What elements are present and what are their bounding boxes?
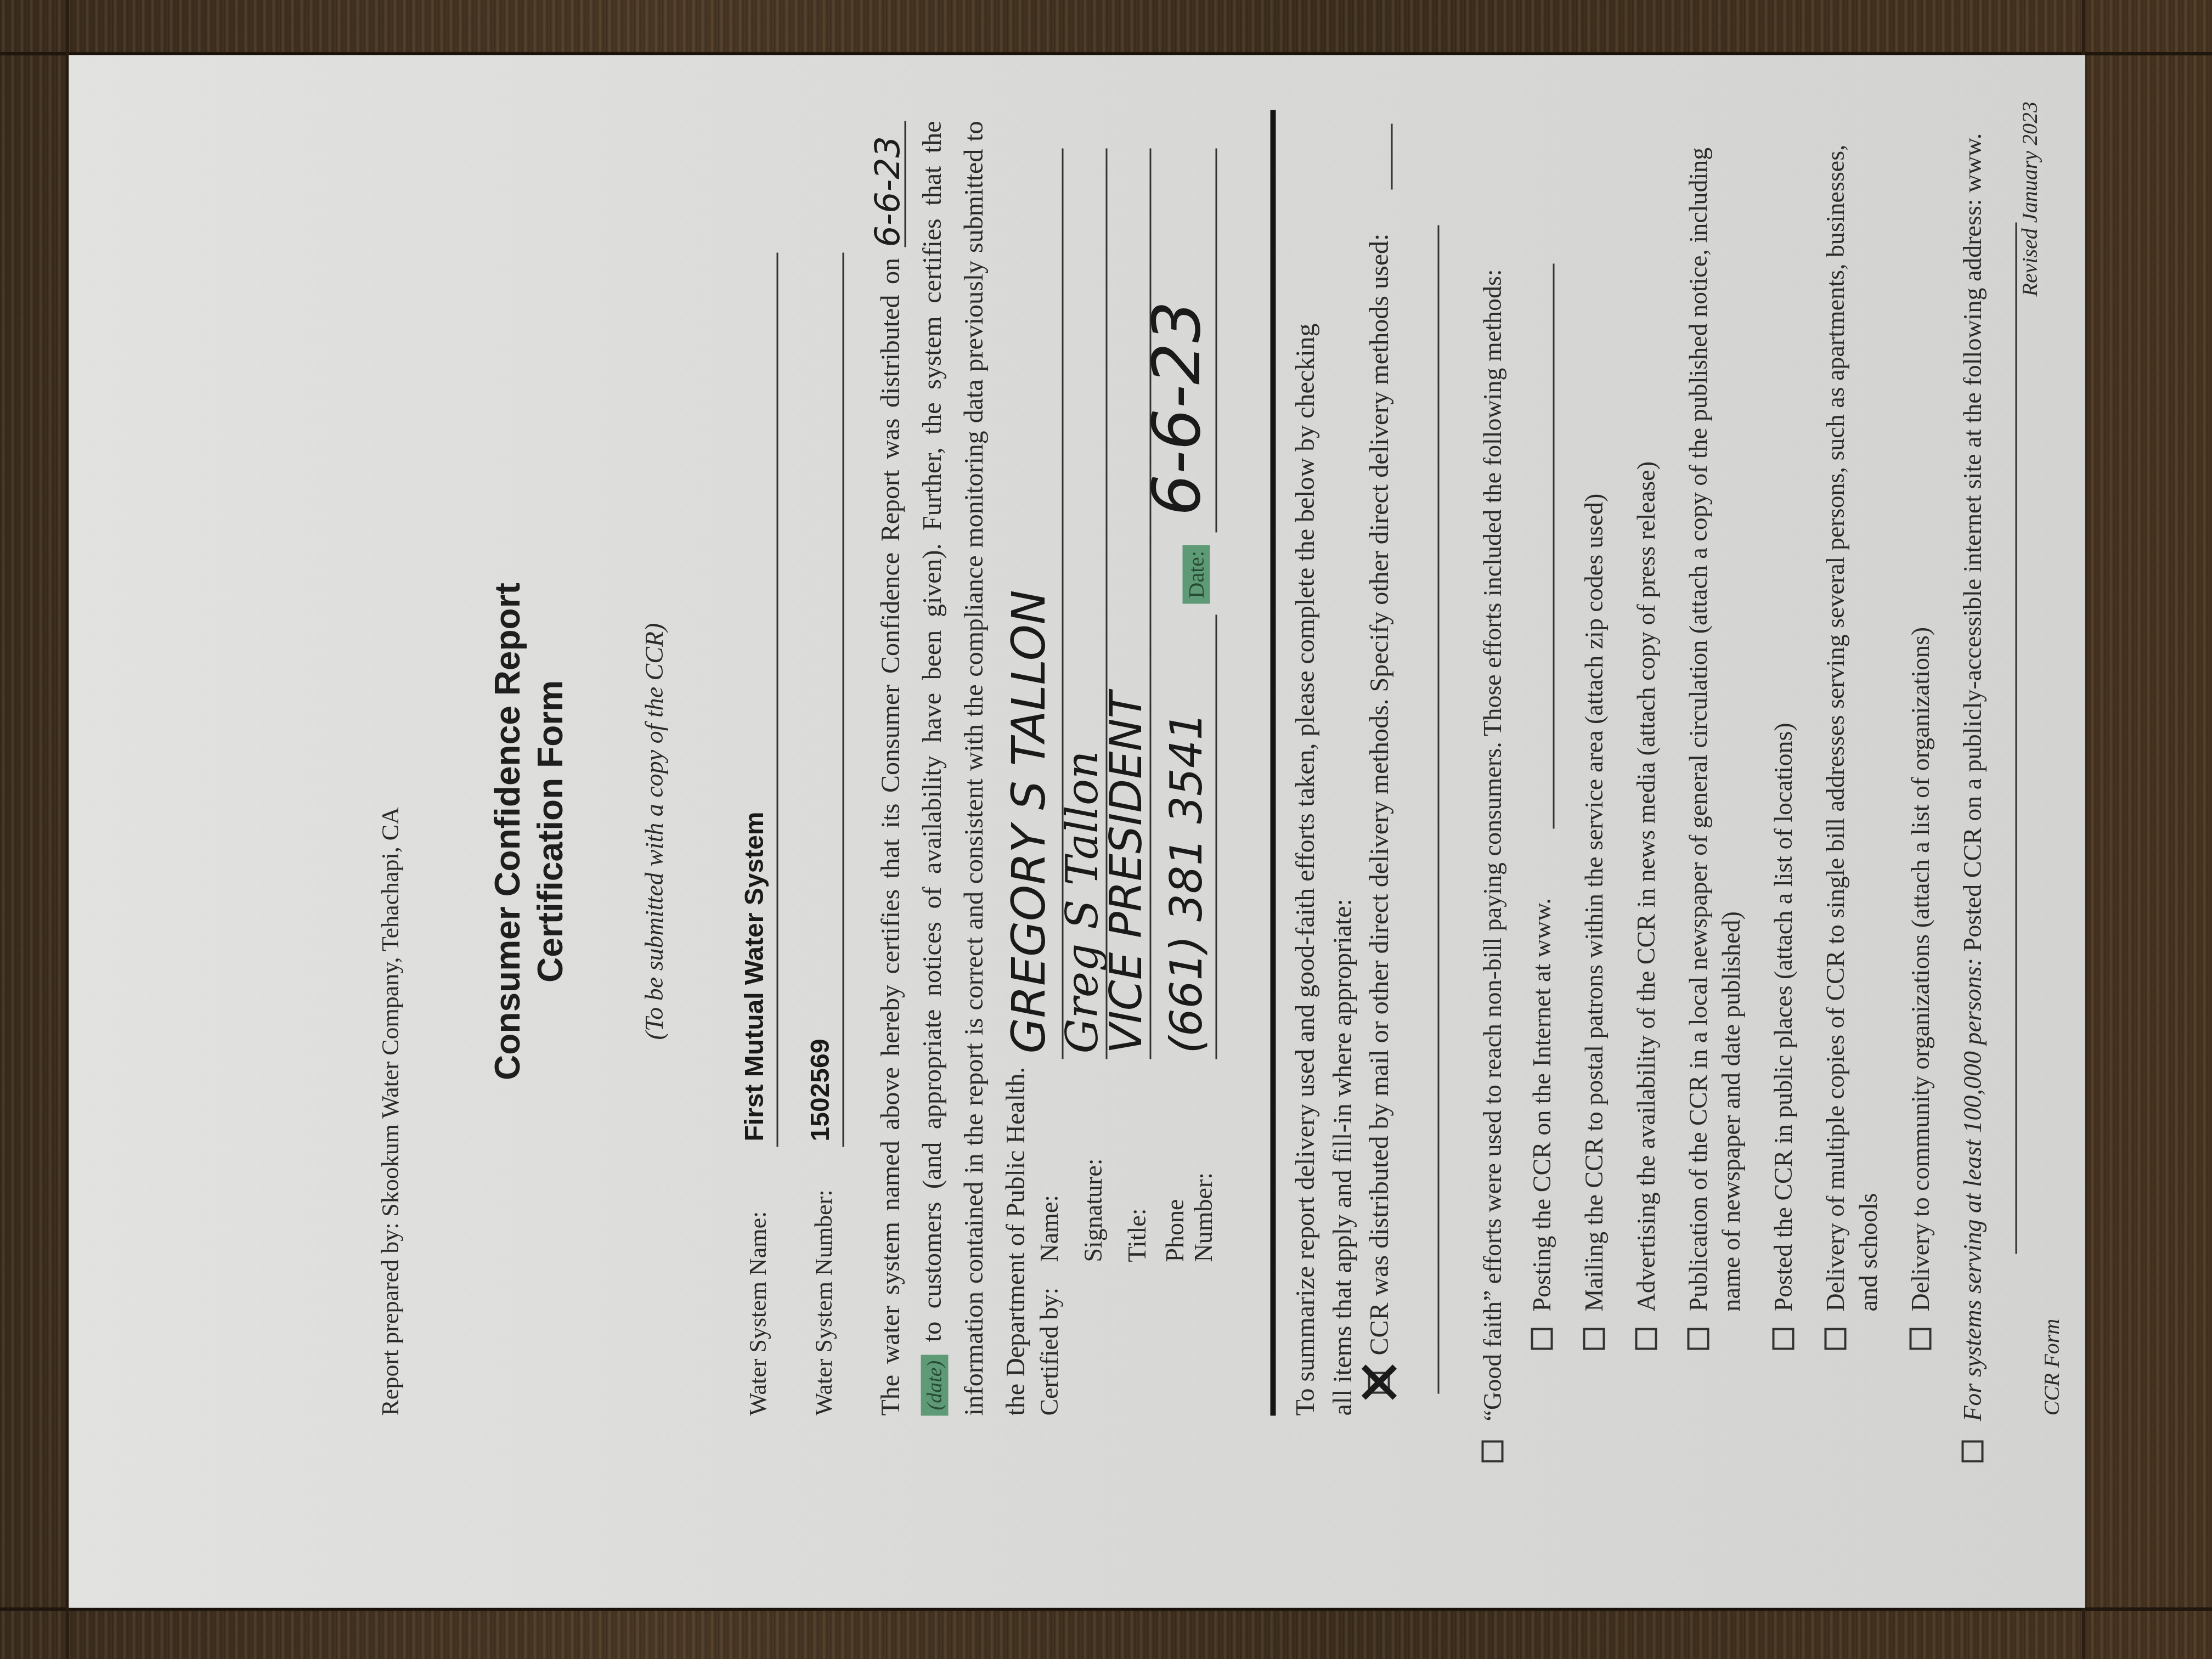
section-divider bbox=[1270, 110, 1276, 1415]
good-faith-label: “Good faith” efforts were used to reach … bbox=[1476, 269, 1509, 1421]
certification-date-field[interactable] bbox=[1215, 148, 1217, 532]
method-checkbox-community-orgs[interactable] bbox=[1909, 1328, 1931, 1350]
method-newspaper-label: Publication of the CCR in a local newspa… bbox=[1681, 115, 1747, 1311]
date-label-tag: Date: bbox=[1182, 545, 1210, 603]
statement-start: The water system named above hereby cert… bbox=[876, 258, 905, 1415]
good-faith-checkbox[interactable] bbox=[1481, 1440, 1503, 1462]
method-internet-label: Posting the CCR on the Internet at www. bbox=[1525, 898, 1558, 1311]
checkmark-x-icon: ✕ bbox=[1355, 1357, 1404, 1407]
direct-delivery-methods-field[interactable] bbox=[1391, 123, 1392, 189]
internet-url-field[interactable] bbox=[1553, 263, 1554, 828]
method-multiple-copies-label: Delivery of multiple copies of CCR to si… bbox=[1819, 115, 1884, 1311]
large-system-label-italic: For systems serving at least 100,000 per… bbox=[1958, 957, 1986, 1421]
title-field[interactable] bbox=[1149, 148, 1151, 1059]
large-system-checkbox[interactable] bbox=[1961, 1440, 1983, 1462]
large-system-label-rest: Posted CCR on a publicly-accessible inte… bbox=[1958, 133, 1986, 957]
large-system-label: For systems serving at least 100,000 per… bbox=[1956, 115, 1989, 1421]
water-system-name-label: Water System Name: bbox=[743, 1211, 771, 1415]
title-line-2: Certification Form bbox=[528, 55, 571, 1607]
title-value: VICE PRESIDENT bbox=[1100, 691, 1151, 1053]
title-line-1: Consumer Confidence Report bbox=[486, 55, 528, 1607]
form-subtitle: (To be submitted with a copy of the CCR) bbox=[639, 55, 668, 1607]
water-system-number-value: 1502569 bbox=[805, 1039, 835, 1141]
footer-form-name: CCR Form bbox=[2038, 1318, 2064, 1415]
name-value: GREGORY S TALLON bbox=[1001, 590, 1055, 1053]
method-checkbox-multiple-copies[interactable] bbox=[1824, 1328, 1846, 1350]
prepared-by: Report prepared by: Skookum Water Compan… bbox=[376, 807, 404, 1415]
distribution-date-field[interactable]: 6-6-23 bbox=[870, 121, 906, 247]
method-checkbox-mailing[interactable] bbox=[1583, 1328, 1605, 1350]
direct-delivery-methods-field-continued[interactable] bbox=[1437, 225, 1439, 1393]
method-checkbox-advertising[interactable] bbox=[1635, 1328, 1657, 1350]
delivery-intro-line-2: all items that apply and fill-in where a… bbox=[1324, 110, 1361, 1415]
phone-value: (661) 381 3541 bbox=[1160, 712, 1211, 1053]
phone-label-line-1: Phone bbox=[1160, 1172, 1189, 1262]
signature-value: Greg S Tallon bbox=[1056, 751, 1107, 1053]
footer-revision: Revised January 2023 bbox=[2016, 101, 2042, 296]
phone-label-line-2: Number: bbox=[1189, 1172, 1217, 1262]
water-system-number-label: Water System Number: bbox=[809, 1189, 837, 1415]
method-community-orgs-label: Delivery to community organizations (att… bbox=[1904, 627, 1937, 1311]
delivery-intro-line-1: To summarize report delivery used and go… bbox=[1286, 110, 1324, 1415]
method-mailing-label: Mailing the CCR to postal patrons within… bbox=[1577, 493, 1610, 1311]
form-title: Consumer Confidence Report Certification… bbox=[486, 55, 571, 1607]
method-public-places-label: Posted the CCR in public places (attach … bbox=[1767, 723, 1799, 1311]
signature-label: Signature: bbox=[1078, 1158, 1107, 1262]
title-label: Title: bbox=[1122, 1208, 1151, 1262]
method-checkbox-public-places[interactable] bbox=[1772, 1328, 1794, 1350]
method-checkbox-internet[interactable] bbox=[1531, 1328, 1553, 1350]
certification-form-page: Report prepared by: Skookum Water Compan… bbox=[69, 55, 2085, 1607]
date-highlight-tag: (date) bbox=[921, 1355, 948, 1415]
wood-plank-seam bbox=[0, 1607, 2212, 1611]
phone-field[interactable] bbox=[1215, 614, 1217, 1059]
phone-label: Phone Number: bbox=[1160, 1172, 1217, 1262]
method-advertising-label: Advertising the availability of the CCR … bbox=[1629, 461, 1662, 1312]
certified-by-label: Certified by: bbox=[1034, 1287, 1063, 1415]
method-checkbox-newspaper[interactable] bbox=[1687, 1328, 1709, 1350]
water-system-name-value: First Mutual Water System bbox=[739, 811, 769, 1141]
certification-date-value: 6-6-23 bbox=[1138, 301, 1215, 516]
delivery-intro: To summarize report delivery used and go… bbox=[1286, 110, 1361, 1415]
name-label: Name: bbox=[1034, 1194, 1063, 1262]
direct-delivery-label: CCR was distributed by mail or other dir… bbox=[1361, 233, 1398, 1355]
water-system-name-field[interactable] bbox=[776, 252, 778, 1147]
large-system-url-field[interactable] bbox=[2015, 222, 2017, 1254]
water-system-number-field[interactable] bbox=[842, 252, 844, 1147]
